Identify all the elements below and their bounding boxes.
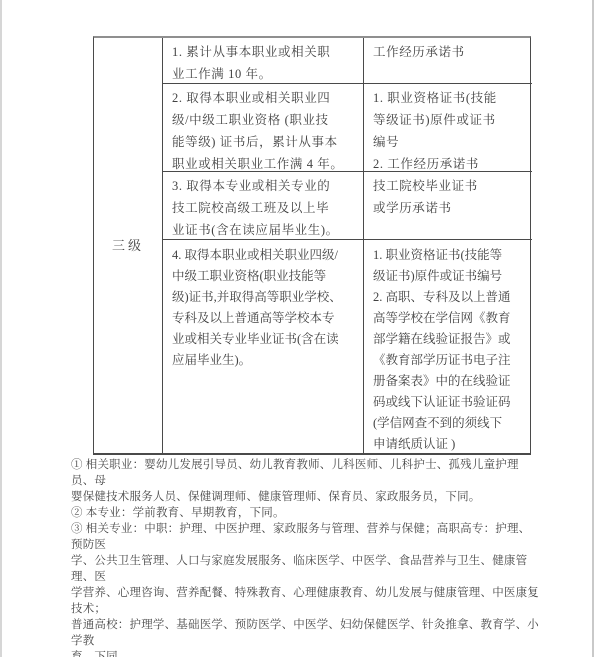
page-right-border	[592, 0, 594, 657]
condition-cell: 1. 累计从事本职业或相关职 业工作满 10 年。	[163, 38, 364, 84]
materials-cell: 1. 职业资格证书(技能 等级证书)原件或证书 编号 2. 工作经历承诺书	[364, 84, 532, 172]
page-left-border	[0, 0, 2, 657]
footnote-related-occupations: ① 相关职业：婴幼儿发展引导员、幼儿教育教师、儿科医师、儿科护士、孤残儿童护理员…	[71, 457, 539, 505]
footnote-related-majors: ③ 相关专业：中职：护理、中医护理、家政服务与管理、营养与保健；高职高专：护理、…	[71, 521, 539, 657]
footnotes: ① 相关职业：婴幼儿发展引导员、幼儿教育教师、儿科医师、儿科护士、孤残儿童护理员…	[71, 457, 539, 657]
materials-cell: 技工院校毕业证书 或学历承诺书	[364, 172, 532, 240]
level-cell: 三级	[94, 38, 163, 453]
materials-cell: 1. 职业资格证书(技能等 级证书)原件或证书编号 2. 高职、专科及以上普通 …	[364, 240, 532, 453]
materials-cell: 工作经历承诺书	[364, 38, 532, 84]
qualification-table: 三级 1. 累计从事本职业或相关职 业工作满 10 年。 工作经历承诺书 2. …	[93, 36, 531, 455]
footnote-own-major: ② 本专业：学前教育、早期教育，下同。	[71, 505, 539, 521]
condition-cell: 4. 取得本职业或相关职业四级/ 中级工职业资格(职业技能等 级)证书,并取得高…	[163, 240, 364, 453]
condition-cell: 2. 取得本职业或相关职业四 级/中级工职业资格 (职业技 能等级) 证书后，累…	[163, 84, 364, 172]
condition-cell: 3. 取得本专业或相关专业的 技工院校高级工班及以上毕 业证书(含在读应届毕业生…	[163, 172, 364, 240]
